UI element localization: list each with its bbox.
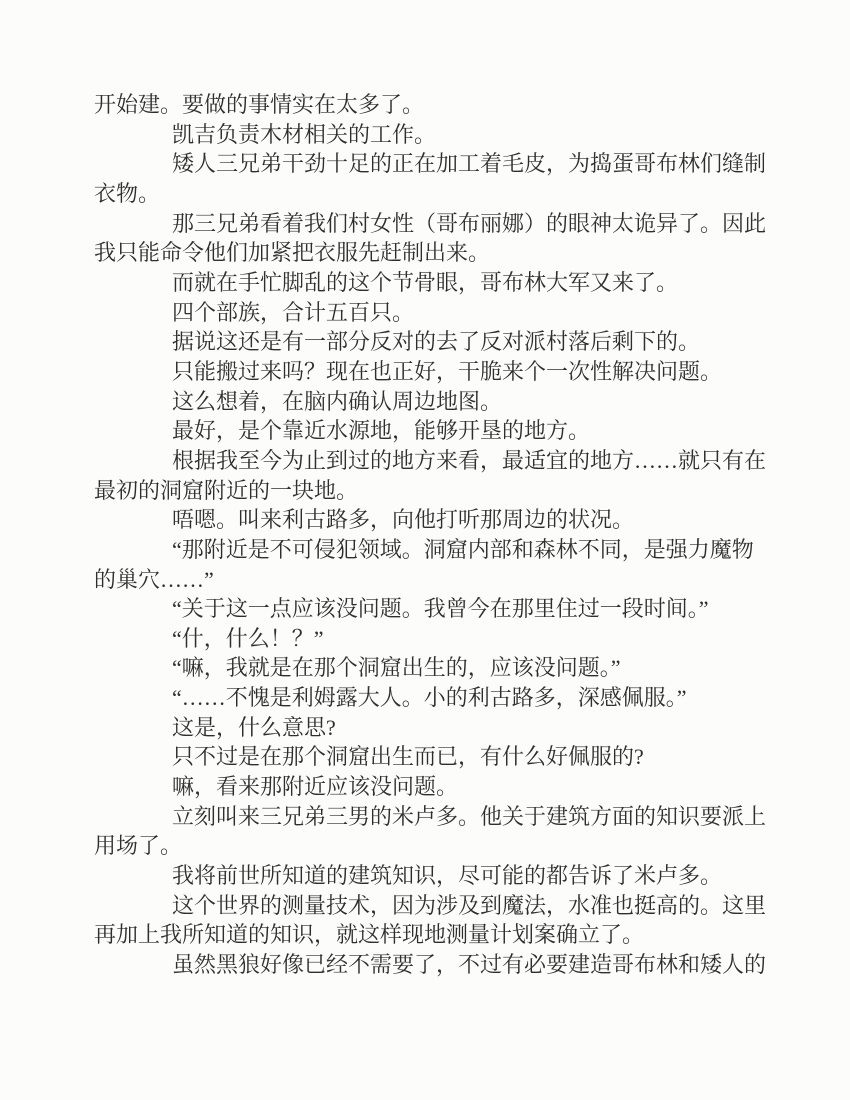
paragraph: 据说这还是有一部分反对的去了反对派村落后剩下的。 <box>94 327 770 357</box>
paragraph: 唔嗯。叫来利古路多，向他打听那周边的状况。 <box>94 505 770 535</box>
document-page: 开始建。要做的事情实在太多了。凯吉负责木材相关的工作。矮人三兄弟干劲十足的正在加… <box>0 0 850 1100</box>
paragraph: 凯吉负责木材相关的工作。 <box>94 120 770 150</box>
paragraph: 这个世界的测量技术，因为涉及到魔法，水准也挺高的。这里再加上我所知道的知识，就这… <box>94 891 770 950</box>
body-text: 开始建。要做的事情实在太多了。凯吉负责木材相关的工作。矮人三兄弟干劲十足的正在加… <box>94 90 770 980</box>
paragraph: 最好，是个靠近水源地，能够开垦的地方。 <box>94 416 770 446</box>
paragraph: “什，什么！？” <box>94 624 770 654</box>
paragraph: “……不愧是利姆露大人。小的利古路多，深感佩服。” <box>94 683 770 713</box>
paragraph: 根据我至今为止到过的地方来看，最适宜的地方……就只有在最初的洞窟附近的一块地。 <box>94 446 770 505</box>
paragraph: “那附近是不可侵犯领域。洞窟内部和森林不同，是强力魔物的巢穴……” <box>94 535 770 594</box>
paragraph: 这是，什么意思? <box>94 713 770 743</box>
paragraph: 我将前世所知道的建筑知识，尽可能的都告诉了米卢多。 <box>94 861 770 891</box>
paragraph: 立刻叫来三兄弟三男的米卢多。他关于建筑方面的知识要派上用场了。 <box>94 802 770 861</box>
paragraph: “嘛，我就是在那个洞窟出生的，应该没问题。” <box>94 653 770 683</box>
paragraph: 只能搬过来吗？现在也正好，干脆来个一次性解决问题。 <box>94 357 770 387</box>
paragraph: 这么想着，在脑内确认周边地图。 <box>94 387 770 417</box>
paragraph: 嘛，看来那附近应该没问题。 <box>94 772 770 802</box>
paragraph: 只不过是在那个洞窟出生而已，有什么好佩服的? <box>94 742 770 772</box>
paragraph: “关于这一点应该没问题。我曾今在那里住过一段时间。” <box>94 594 770 624</box>
paragraph: 四个部族，合计五百只。 <box>94 298 770 328</box>
paragraph: 虽然黑狼好像已经不需要了，不过有必要建造哥布林和矮人的 <box>94 950 770 980</box>
paragraph: 开始建。要做的事情实在太多了。 <box>94 90 770 120</box>
paragraph: 而就在手忙脚乱的这个节骨眼，哥布林大军又来了。 <box>94 268 770 298</box>
paragraph: 那三兄弟看着我们村女性（哥布丽娜）的眼神太诡异了。因此我只能命令他们加紧把衣服先… <box>94 209 770 268</box>
paragraph: 矮人三兄弟干劲十足的正在加工着毛皮，为捣蛋哥布林们缝制衣物。 <box>94 149 770 208</box>
